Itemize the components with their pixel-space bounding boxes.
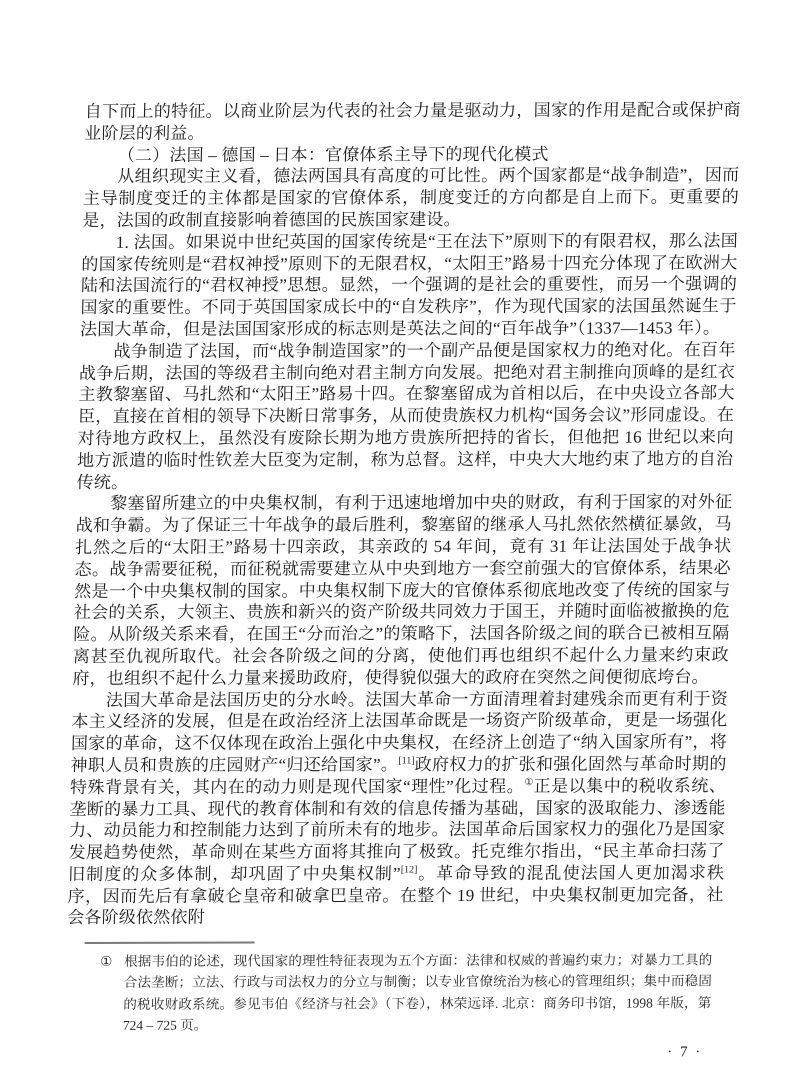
footnote-ref: ① — [524, 777, 534, 788]
paragraph: 1. 法国。如果说中世纪英国的国家传统是“王在法下”原则下的有限君权，那么法国的… — [80, 230, 738, 341]
paragraph-text: 从组织现实主义看，德法两国具有高度的可比性。两个国家都是“战争制造”，因而主导制… — [82, 166, 739, 230]
footnote-text: 根据韦伯的论述，现代国家的理性特征表现为五个方面：法律和权威的普遍约束力；对暴力… — [123, 953, 713, 1033]
paragraph: 从组织现实主义看，德法两国具有高度的可比性。两个国家都是“战争制造”，因而主导制… — [82, 165, 739, 232]
paragraph-text: 自下而上的特征。以商业阶层为代表的社会力量是驱动力，国家的作用是配合或保护商业阶… — [84, 100, 741, 143]
footnote-ref: [12] — [401, 864, 418, 875]
scanned-page: 自下而上的特征。以商业阶层为代表的社会力量是驱动力，国家的作用是配合或保护商业阶… — [0, 0, 793, 1077]
paragraph-text: 1. 法国。如果说中世纪英国的国家传统是“王在法下”原则下的有限君权，那么法国的… — [80, 231, 738, 339]
paragraph-text: 黎塞留所建立的中央集权制，有利于迅速地增加中央的财政，有利于国家的对外征战和争霸… — [72, 493, 732, 688]
paragraph: 自下而上的特征。以商业阶层为代表的社会力量是驱动力，国家的作用是配合或保护商业阶… — [84, 99, 741, 144]
page-number: · 7 · — [64, 1044, 720, 1063]
footnote: ① 根据韦伯的论述，现代国家的理性特征表现为五个方面：法律和权威的普遍约束力；对… — [99, 950, 713, 1036]
footnote-marker: ① — [100, 951, 113, 972]
paragraph-text: 战争制造了法国，而“战争制造国家”的一个副产品便是国家权力的绝对化。在百年战争后… — [76, 340, 735, 491]
paragraph-text: （二）法国 – 德国 – 日本：官僚体系主导下的现代化模式 — [118, 144, 549, 164]
section-heading: （二）法国 – 德国 – 日本：官僚体系主导下的现代化模式 — [84, 143, 741, 167]
paragraph: 黎塞留所建立的中央集权制，有利于迅速地增加中央的财政，有利于国家的对外征战和争霸… — [72, 492, 732, 690]
paragraph: 战争制造了法国，而“战争制造国家”的一个副产品便是国家权力的绝对化。在百年战争后… — [76, 339, 735, 493]
text-body: 自下而上的特征。以商业阶层为代表的社会力量是驱动力，国家的作用是配合或保护商业阶… — [67, 99, 741, 929]
paragraph: 法国大革命是法国历史的分水岭。法国大革命一方面清理着封建残余而更有利于资本主义经… — [67, 688, 728, 929]
footnote-separator — [85, 942, 255, 944]
footnote-ref: [11] — [398, 755, 415, 766]
scan-content: 自下而上的特征。以商业阶层为代表的社会力量是驱动力，国家的作用是配合或保护商业阶… — [64, 99, 741, 1063]
